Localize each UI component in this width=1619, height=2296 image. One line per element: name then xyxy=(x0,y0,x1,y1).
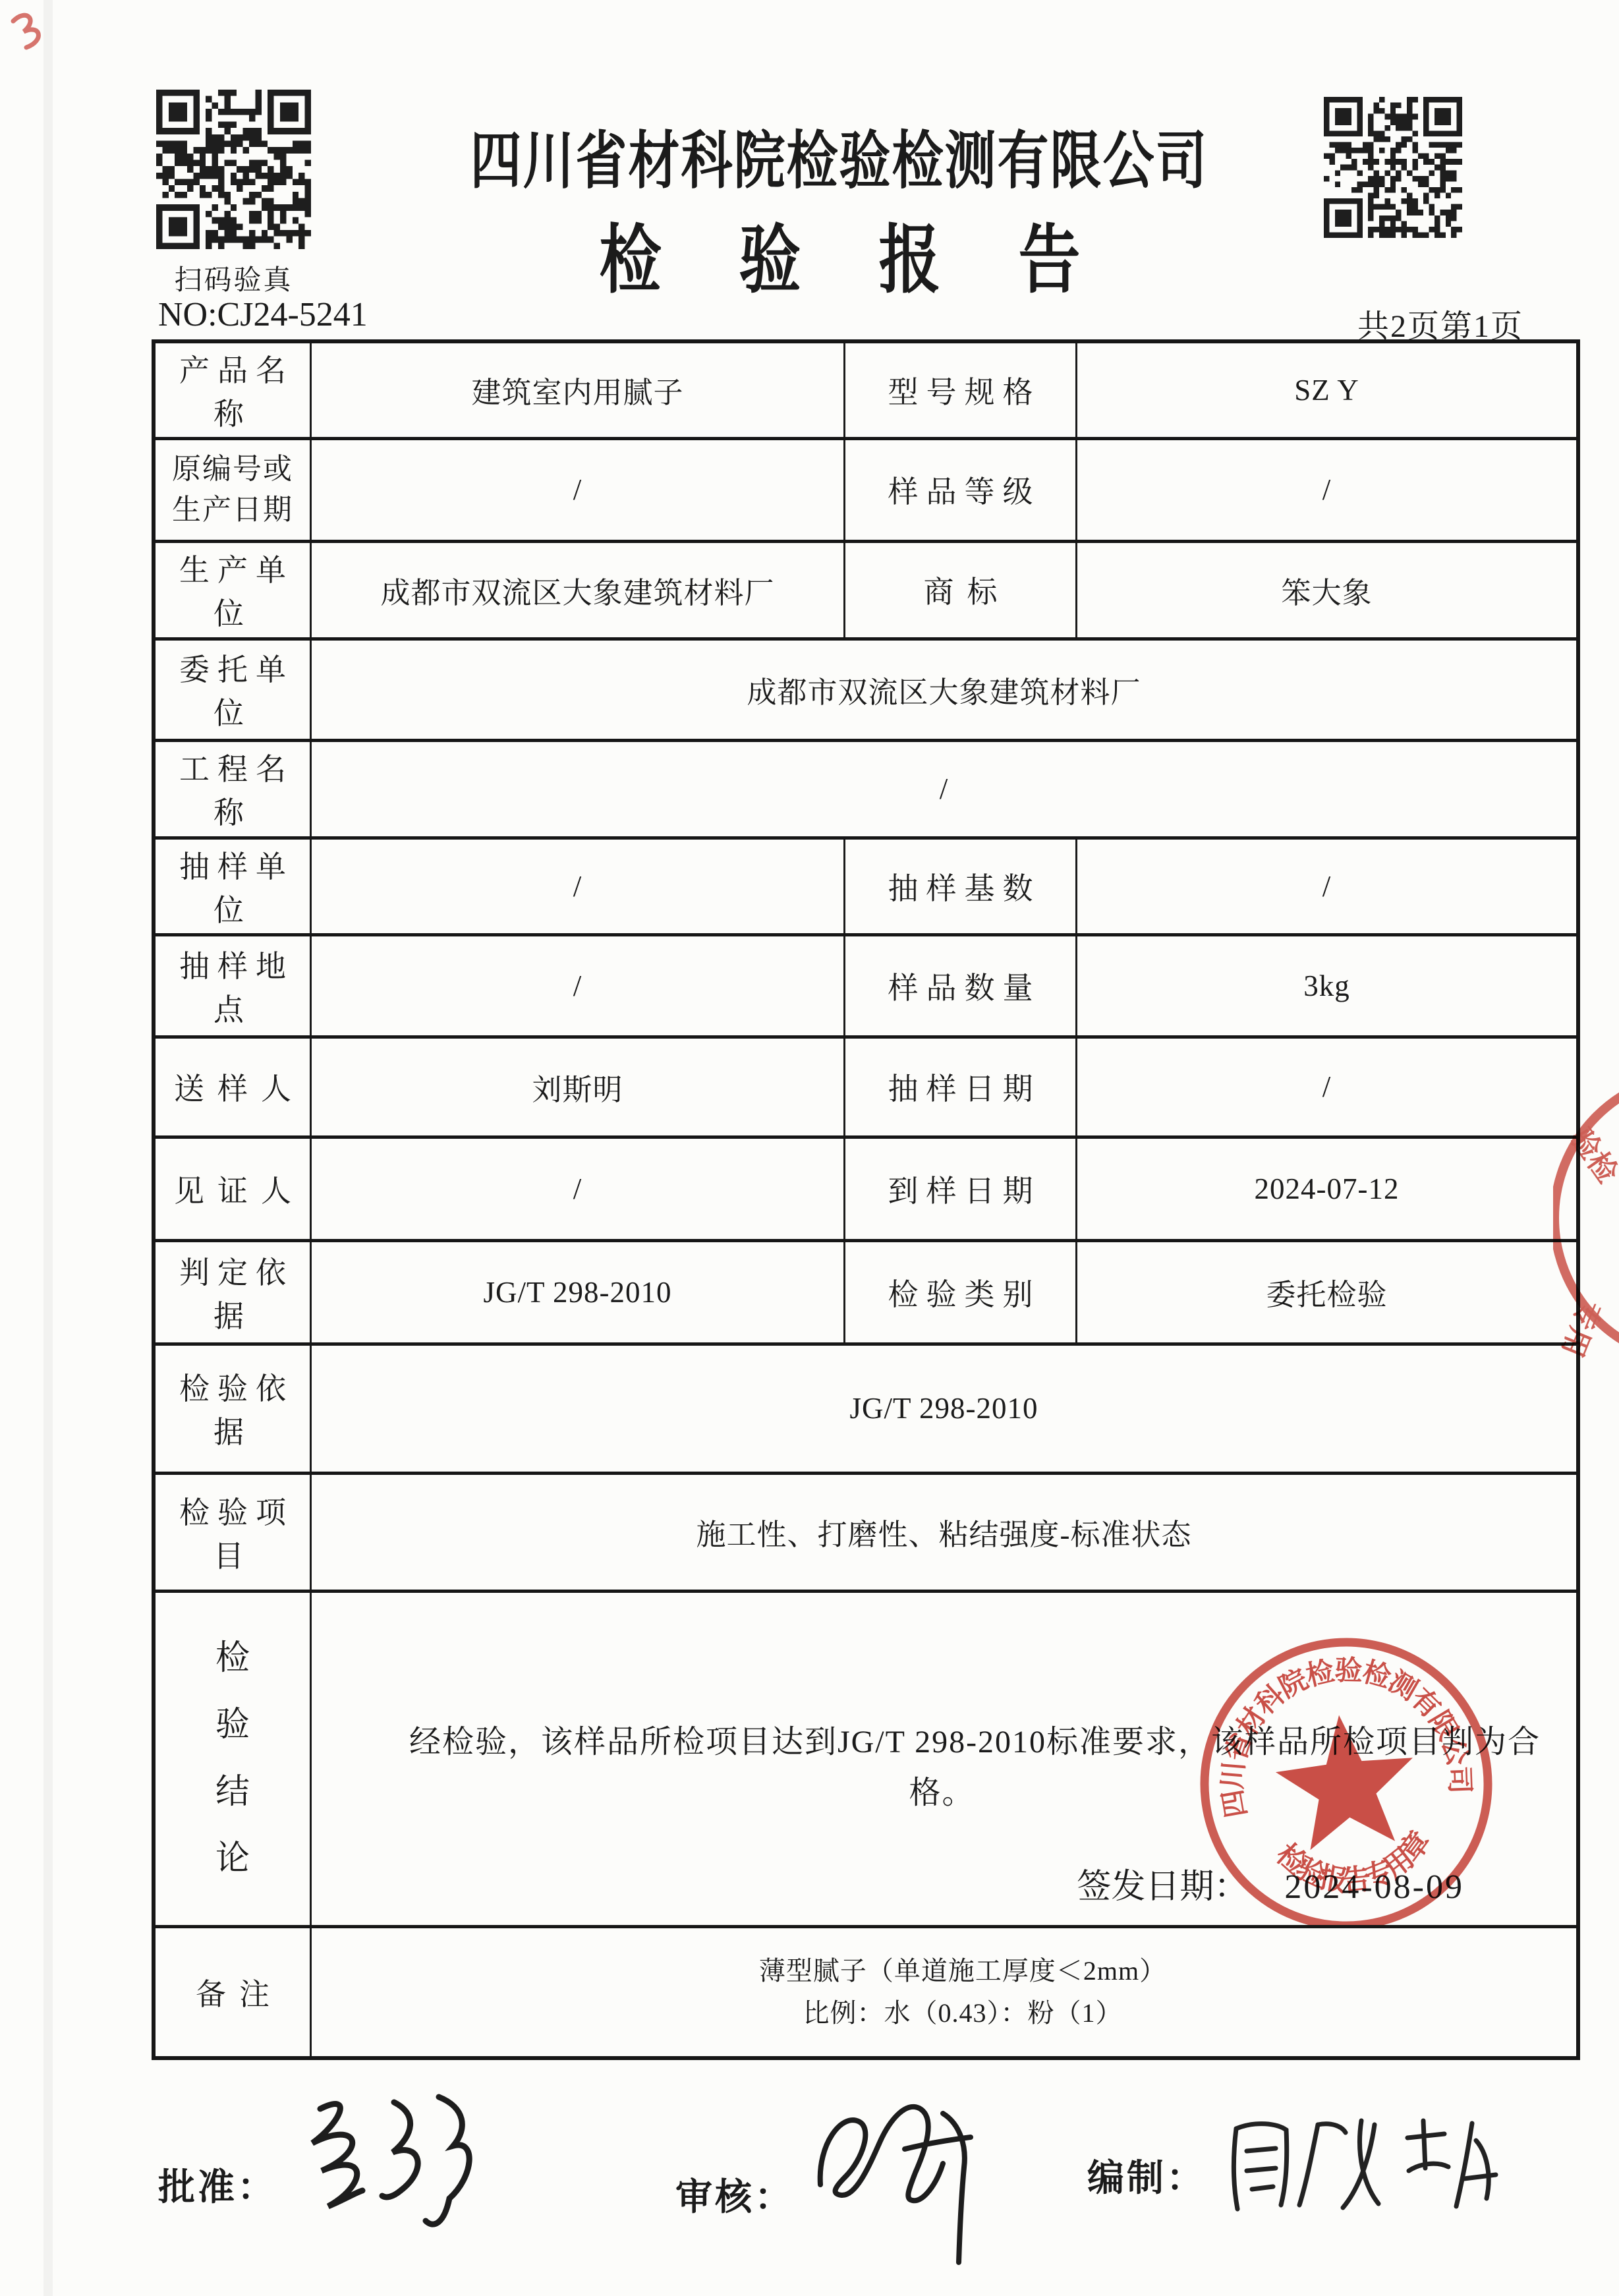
field-value: 施工性、打磨性、粘结强度-标准状态 xyxy=(311,1473,1579,1591)
seal-star-icon xyxy=(1270,1708,1421,1852)
field-label: 工程名称 xyxy=(154,740,311,838)
field-value: / xyxy=(311,1137,845,1240)
svg-text:专用: 专用 xyxy=(1555,1296,1606,1362)
field-label: 送样人 xyxy=(154,1037,311,1137)
field-label: 到样日期 xyxy=(845,1137,1077,1240)
field-value: 3kg xyxy=(1077,934,1579,1037)
field-label: 检验类别 xyxy=(845,1240,1077,1344)
table-row: 抽样单位 / 抽样基数 / xyxy=(154,838,1578,934)
svg-text:检验报告专用章: 检验报告专用章 xyxy=(1268,1822,1441,1905)
field-value: 委托检验 xyxy=(1077,1240,1579,1344)
company-title: 四川省材科院检验检测有限公司 xyxy=(0,111,1619,201)
field-label: 抽样日期 xyxy=(845,1037,1077,1137)
report-number: NO:CJ24-5241 xyxy=(158,295,368,334)
prepare-label: 编制： xyxy=(1087,2149,1206,2202)
conclusion-cell: 经检验，该样品所检项目达到JG/T 298-2010标准要求，该样品所检项目判为… xyxy=(311,1591,1579,1926)
scanner-streak-artifact xyxy=(43,0,53,2296)
table-row: 产品名称 建筑室内用腻子 型号规格 SZ Y xyxy=(154,341,1578,438)
field-value: / xyxy=(311,740,1579,838)
table-row: 委托单位 成都市双流区大象建筑材料厂 xyxy=(154,639,1578,740)
remark-line: 比例：水（0.43）：粉（1） xyxy=(350,1992,1576,2034)
company-seal-stamp: 四川省材科院检验检测有限公司 检验报告专用章 xyxy=(1176,1613,1517,1926)
table-row: 检验依据 JG/T 298-2010 xyxy=(154,1344,1578,1473)
field-value: JG/T 298-2010 xyxy=(311,1344,1579,1473)
approver-signature xyxy=(289,2082,506,2254)
table-row: 送样人 刘斯明 抽样日期 / xyxy=(154,1037,1578,1137)
field-label: 生产单位 xyxy=(154,541,311,639)
field-value: 成都市双流区大象建筑材料厂 xyxy=(311,639,1579,740)
field-label: 样品数量 xyxy=(845,934,1077,1037)
field-value: / xyxy=(311,438,845,541)
report-table: 产品名称 建筑室内用腻子 型号规格 SZ Y 原编号或生产日期 / 样品等级 /… xyxy=(152,339,1580,2060)
table-row: 检验项目 施工性、打磨性、粘结强度-标准状态 xyxy=(154,1473,1578,1591)
conclusion-row: 检验结论 经检验，该样品所检项目达到JG/T 298-2010标准要求，该样品所… xyxy=(154,1591,1578,1926)
field-value: / xyxy=(1077,1037,1579,1137)
field-value: 建筑室内用腻子 xyxy=(311,341,845,438)
remark-label: 备注 xyxy=(154,1926,311,2058)
field-value: 刘斯明 xyxy=(311,1037,845,1137)
field-label: 产品名称 xyxy=(154,341,311,438)
field-value: 2024-07-12 xyxy=(1077,1137,1579,1240)
field-label: 原编号或生产日期 xyxy=(154,438,311,541)
preparer-signature xyxy=(1218,2097,1527,2235)
field-value: / xyxy=(311,934,845,1037)
field-label: 商标 xyxy=(845,541,1077,639)
table-row: 判定依据 JG/T 298-2010 检验类别 委托检验 xyxy=(154,1240,1578,1344)
table-row: 见证人 / 到样日期 2024-07-12 xyxy=(154,1137,1578,1240)
signature-footer: 批准： 审核： 编制： xyxy=(152,2076,1568,2293)
red-corner-mark xyxy=(4,4,57,57)
field-label: 型号规格 xyxy=(845,341,1077,438)
field-value: 成都市双流区大象建筑材料厂 xyxy=(311,541,845,639)
remark-cell: 薄型腻子（单道施工厚度＜2mm） 比例：水（0.43）：粉（1） xyxy=(311,1926,1579,2058)
field-value: JG/T 298-2010 xyxy=(311,1240,845,1344)
field-label: 见证人 xyxy=(154,1137,311,1240)
table-row: 原编号或生产日期 / 样品等级 / xyxy=(154,438,1578,541)
field-label: 判定依据 xyxy=(154,1240,311,1344)
field-value: / xyxy=(311,838,845,934)
field-label: 检验项目 xyxy=(154,1473,311,1591)
field-label: 抽样基数 xyxy=(845,838,1077,934)
field-value: 笨大象 xyxy=(1077,541,1579,639)
table-row: 生产单位 成都市双流区大象建筑材料厂 商标 笨大象 xyxy=(154,541,1578,639)
partial-side-seal-stamp: 验检 专用 xyxy=(1553,1054,1619,1384)
review-label: 审核： xyxy=(675,2168,794,2221)
field-label: 委托单位 xyxy=(154,639,311,740)
table-row: 抽样地点 / 样品数量 3kg xyxy=(154,934,1578,1037)
remark-row: 备注 薄型腻子（单道施工厚度＜2mm） 比例：水（0.43）：粉（1） xyxy=(154,1926,1578,2058)
field-label: 抽样单位 xyxy=(154,838,311,934)
review-group: 审核： xyxy=(675,2112,1004,2277)
remark-line: 薄型腻子（单道施工厚度＜2mm） xyxy=(350,1950,1576,1992)
approve-label: 批准： xyxy=(158,2158,277,2211)
report-title: 检验报告 xyxy=(0,200,1619,307)
field-label: 样品等级 xyxy=(845,438,1077,541)
field-label: 检验依据 xyxy=(154,1344,311,1473)
field-label: 抽样地点 xyxy=(154,934,311,1037)
reviewer-signature xyxy=(806,2086,1004,2277)
prepare-group: 编制： xyxy=(1087,2115,1527,2235)
approve-group: 批准： xyxy=(158,2115,506,2254)
field-value: / xyxy=(1077,838,1579,934)
table-row: 工程名称 / xyxy=(154,740,1578,838)
field-value: SZ Y xyxy=(1077,341,1579,438)
conclusion-label: 检验结论 xyxy=(154,1591,311,1926)
field-value: / xyxy=(1077,438,1579,541)
